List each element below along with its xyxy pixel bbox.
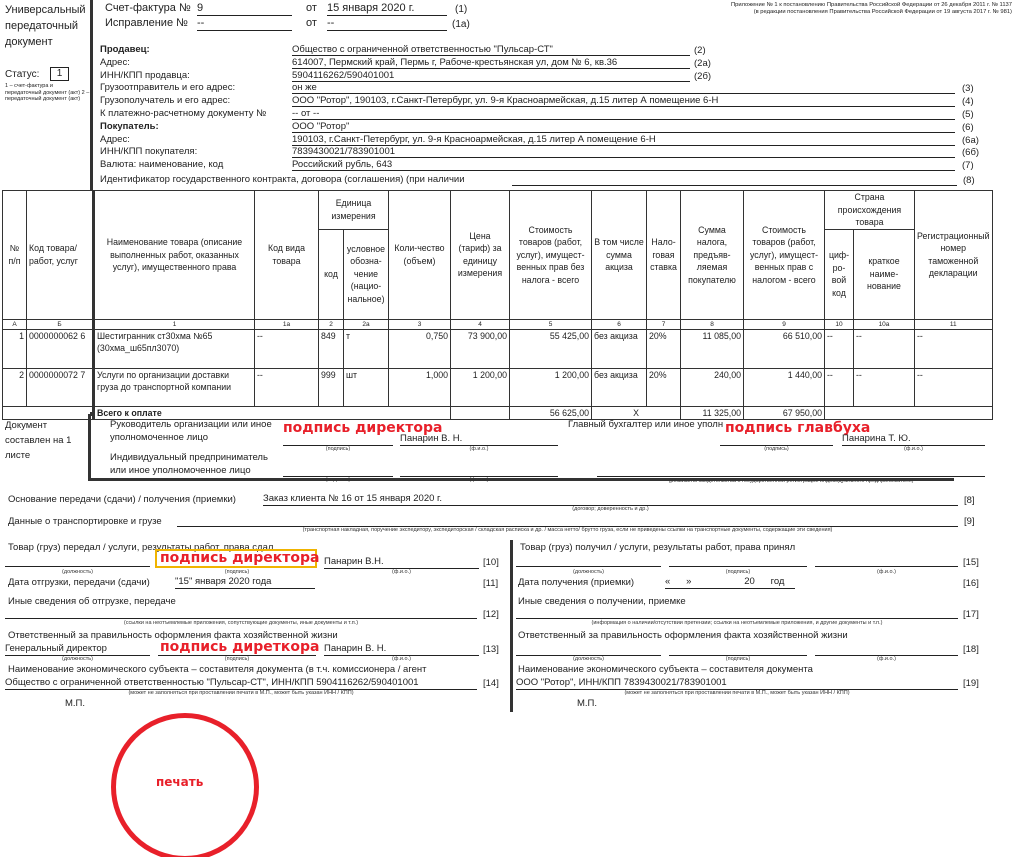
contract-id-label: Идентификатор государственного контракта… <box>100 174 465 185</box>
head-fio-caption: (ф.и.о.) <box>400 446 558 452</box>
receive-other-field <box>516 608 958 619</box>
sides-divider <box>510 540 513 712</box>
seller-entity-label: Наименование экономического субъекта – с… <box>8 664 508 675</box>
received-label: Товар (груз) получил / услуги, результат… <box>520 542 795 553</box>
th-code: Код товара/ работ, услуг <box>27 191 94 320</box>
table-body: 10000000062 6Шестигранник ст30хма №65 (3… <box>3 329 993 406</box>
ip-label: Индивидуальный предприниматель или иное … <box>110 451 280 477</box>
accountant-fio-caption: (ф.и.о.) <box>842 446 985 452</box>
invoice-code: (1) <box>455 4 467 15</box>
party-value: ООО "Ротор", 190103, г.Санкт-Петербург, … <box>292 95 955 107</box>
party-label: Адрес: <box>100 134 130 145</box>
cell-no: 1 <box>3 329 27 368</box>
party-value: 7839430021/783901001 <box>292 146 955 158</box>
head-name: Панарин В. Н. <box>400 433 558 446</box>
appendix-note: Приложение № 1 к постановлению Правитель… <box>630 2 1012 16</box>
cell-kind: -- <box>255 368 319 406</box>
party-value: он же <box>292 82 955 94</box>
cell-price: 1 200,00 <box>451 368 510 406</box>
cell-excise: без акциза <box>592 368 647 406</box>
total-empty-price <box>451 406 510 420</box>
received-name-line <box>815 556 958 567</box>
cell-name: Шестигранник ст30хма №65 (30хма_ш65пл307… <box>94 329 255 368</box>
party-code: (6б) <box>962 147 979 158</box>
buyer-resp-label: Ответственный за правильность оформления… <box>518 630 848 641</box>
column-number: 6 <box>592 319 647 329</box>
cell-cost-no-tax: 1 200,00 <box>510 368 592 406</box>
cell-cost-with-tax: 1 440,00 <box>744 368 825 406</box>
column-number: 10 <box>825 319 854 329</box>
th-unit: Единица измерения <box>319 191 389 230</box>
correction-code: (1а) <box>452 19 470 30</box>
seller-resp-name: Панарин В. Н. <box>324 643 479 656</box>
party-label: Продавец: <box>100 44 150 55</box>
buyer-resp-code: [18] <box>963 644 979 655</box>
cell-tax: 240,00 <box>681 368 744 406</box>
th-kind: Код вида товара <box>255 191 319 320</box>
ship-date-value: "15" января 2020 года <box>175 576 315 589</box>
passed-fio-caption: (ф.и.о.) <box>324 569 479 575</box>
cell-customs: -- <box>915 368 993 406</box>
ship-date-label: Дата отгрузки, передачи (сдачи) <box>8 577 150 588</box>
th-rate: Нало-говая ставка <box>647 191 681 320</box>
party-label: Грузополучатель и его адрес: <box>100 95 230 106</box>
received-sign-line <box>669 556 807 567</box>
ship-other-caption: (ссылки на неотъемлемые приложения, сопу… <box>5 620 477 626</box>
cell-cost-with-tax: 66 510,00 <box>744 329 825 368</box>
cell-unit-code: 999 <box>319 368 344 406</box>
cell-qty: 1,000 <box>389 368 451 406</box>
appendix-line-1: Приложение № 1 к постановлению Правитель… <box>630 2 1012 9</box>
column-number: 11 <box>915 319 993 329</box>
th-country-code: циф-ро-вой код <box>825 229 854 319</box>
passed-sign-caption: (подпись) <box>158 569 316 575</box>
basis-value: Заказ клиента № 16 от 15 января 2020 г. <box>263 493 958 506</box>
receive-other-code: [17] <box>963 609 979 620</box>
party-value: 614007, Пермский край, Пермь г, Рабоче-к… <box>292 57 690 69</box>
received-fio-caption: (ф.и.о.) <box>815 569 958 575</box>
column-numbers-row: АБ11а22а34567891010а11 <box>3 319 993 329</box>
cell-qty: 0,750 <box>389 329 451 368</box>
party-label: Валюта: наименование, код <box>100 159 223 170</box>
buyer-resp-position-caption: (должность) <box>516 656 661 662</box>
invoice-label: Счет-фактура № <box>105 2 191 14</box>
column-number: 4 <box>451 319 510 329</box>
ip-fio-caption: (ф.и.о.) <box>400 477 558 483</box>
buyer-stamp-place: М.П. <box>577 698 597 709</box>
ship-other-field <box>5 608 477 619</box>
party-value: Российский рубль, 643 <box>292 159 955 171</box>
basis-caption: (договор; доверенность и др.) <box>263 506 958 512</box>
received-position-caption: (должность) <box>516 569 661 575</box>
total-empty-tail <box>825 406 993 420</box>
table-row: 20000000072 7Услуги по организации доста… <box>3 368 993 406</box>
seller-resp-signature: подпись диреткора <box>160 639 319 655</box>
seller-resp-sign-caption: (подпись) <box>158 656 316 662</box>
buyer-entity-caption: (может не заполняться при проставлении п… <box>516 690 958 696</box>
seller-resp-position: Генеральный директор <box>5 643 150 656</box>
seller-entity-code: [14] <box>483 678 499 689</box>
seller-stamp-place: М.П. <box>65 698 85 709</box>
accountant-sign-caption: (подпись) <box>720 446 833 452</box>
column-number: 8 <box>681 319 744 329</box>
stamp-label: печать <box>156 775 203 789</box>
party-value: ООО "Ротор" <box>292 121 955 133</box>
cell-code: 0000000062 6 <box>27 329 94 368</box>
cell-country-code: -- <box>825 368 854 406</box>
th-tax: Сумма налога, предъяв-ляемая покупателю <box>681 191 744 320</box>
th-price: Цена (тариф) за единицу измерения <box>451 191 510 320</box>
cell-name: Услуги по организации доставки груза до … <box>94 368 255 406</box>
receive-other-caption: (информация о наличии/отсутствии претенз… <box>516 620 958 626</box>
seller-resp-fio-caption: (ф.и.о.) <box>324 656 479 662</box>
left-divider <box>90 0 93 190</box>
party-label: ИНН/КПП покупателя: <box>100 146 197 157</box>
party-label: ИНН/КПП продавца: <box>100 70 190 81</box>
column-number: 1 <box>94 319 255 329</box>
buyer-entity-label: Наименование экономического субъекта – с… <box>518 664 813 675</box>
invoice-from-label: от <box>306 2 317 14</box>
status-label: Статус: <box>5 69 39 80</box>
column-number: 7 <box>647 319 681 329</box>
transport-field <box>177 514 958 527</box>
column-number: 2а <box>344 319 389 329</box>
cell-cost-no-tax: 55 425,00 <box>510 329 592 368</box>
correction-label: Исправление № <box>105 17 188 29</box>
document-type-title: Универсальный передаточный документ <box>5 2 90 50</box>
cell-tax: 11 085,00 <box>681 329 744 368</box>
passed-name: Панарин В.Н. <box>324 556 479 569</box>
basis-label: Основание передачи (сдачи) / получения (… <box>8 494 236 505</box>
received-position-line <box>516 556 661 567</box>
ship-other-code: [12] <box>483 609 499 620</box>
passed-position-caption: (должность) <box>5 569 150 575</box>
th-unit-name: условное обозна-чение (нацио-нальное) <box>344 229 389 319</box>
th-country-name: краткое наиме-нование <box>854 229 915 319</box>
party-value: 5904116262/590401001 <box>292 70 690 82</box>
party-code: (7) <box>962 160 974 171</box>
column-number: 5 <box>510 319 592 329</box>
th-cost-no-tax: Стоимость товаров (работ, услуг), имущес… <box>510 191 592 320</box>
contract-id-code: (8) <box>963 175 975 186</box>
th-no: № п/п <box>3 191 27 320</box>
pages-note: Документ составлен на 1 листе <box>5 418 85 463</box>
party-code: (5) <box>962 109 974 120</box>
column-number: 2 <box>319 319 344 329</box>
correction-date: -- <box>327 17 447 31</box>
head-sign-caption: (подпись) <box>283 446 393 452</box>
ship-other-label: Иные сведения об отгрузке, передаче <box>8 596 176 607</box>
column-number: Б <box>27 319 94 329</box>
cell-country-code: -- <box>825 329 854 368</box>
cell-country-name: -- <box>854 329 915 368</box>
th-excise: В том числе сумма акциза <box>592 191 647 320</box>
th-unit-code: код <box>319 229 344 319</box>
th-name: Наименование товара (описание выполненны… <box>94 191 255 320</box>
basis-code: [8] <box>964 495 975 506</box>
correction-from-label: от <box>306 17 317 29</box>
total-cost-with-tax: 67 950,00 <box>744 406 825 420</box>
invoice-number: 9 <box>197 2 292 16</box>
cell-kind: -- <box>255 329 319 368</box>
seller-entity-value: Общество с ограниченной ответственностью… <box>5 677 477 690</box>
appendix-line-2: (в редакции постановления Правительства … <box>630 9 1012 16</box>
ip-requisites-caption: (реквизиты свидетельства о государственн… <box>597 478 985 484</box>
transport-code: [9] <box>964 516 975 527</box>
transport-caption: (транспортная накладная, поручение экспе… <box>177 527 958 533</box>
buyer-entity-code: [19] <box>963 678 979 689</box>
accountant-name: Панарина Т. Ю. <box>842 433 985 446</box>
cell-rate: 20% <box>647 368 681 406</box>
correction-number: -- <box>197 17 292 31</box>
goods-table: № п/п Код товара/ работ, услуг Наименова… <box>2 190 993 420</box>
cell-unit-name: шт <box>344 368 389 406</box>
party-label: Покупатель: <box>100 121 159 132</box>
cell-price: 73 900,00 <box>451 329 510 368</box>
contract-id-field <box>512 174 957 186</box>
ip-sign-line <box>283 466 393 477</box>
ip-requisites-line <box>597 466 985 477</box>
column-number: 9 <box>744 319 825 329</box>
party-code: (2б) <box>694 71 711 82</box>
party-code: (4) <box>962 96 974 107</box>
column-number: А <box>3 319 27 329</box>
seller-resp-position-caption: (должность) <box>5 656 150 662</box>
seller-resp-code: [13] <box>483 644 499 655</box>
passed-position-line <box>5 556 150 567</box>
buyer-resp-name-line <box>815 643 958 656</box>
party-code: (2) <box>694 45 706 56</box>
th-customs: Регистрационный номер таможенной деклара… <box>915 191 993 320</box>
th-qty: Коли-чество (объем) <box>389 191 451 320</box>
column-number: 3 <box>389 319 451 329</box>
cell-unit-code: 849 <box>319 329 344 368</box>
party-code: (6а) <box>962 135 979 146</box>
receive-other-label: Иные сведения о получении, приемке <box>518 596 686 607</box>
cell-unit-name: т <box>344 329 389 368</box>
cell-no: 2 <box>3 368 27 406</box>
sig-left-border <box>88 414 91 480</box>
column-number: 1а <box>255 319 319 329</box>
party-value: 190103, г.Санкт-Петербург, ул. 9-я Красн… <box>292 134 955 146</box>
party-code: (2а) <box>694 58 711 69</box>
ip-name-line <box>400 466 558 477</box>
invoice-date: 15 января 2020 г. <box>327 2 447 16</box>
cell-code: 0000000072 7 <box>27 368 94 406</box>
received-sign-caption: (подпись) <box>669 569 807 575</box>
receive-date-value: « » 20 год <box>665 576 795 589</box>
ship-date-code: [11] <box>483 578 498 589</box>
party-value: Общество с ограниченной ответственностью… <box>292 44 690 56</box>
status-value: 1 <box>50 67 69 81</box>
receive-date-label: Дата получения (приемки) <box>518 577 634 588</box>
cell-rate: 20% <box>647 329 681 368</box>
table-row: 10000000062 6Шестигранник ст30хма №65 (3… <box>3 329 993 368</box>
ip-sign-caption: (подпись) <box>283 477 393 483</box>
column-number: 10а <box>854 319 915 329</box>
party-label: Грузоотправитель и его адрес: <box>100 82 235 93</box>
buyer-resp-fio-caption: (ф.и.о.) <box>815 656 958 662</box>
cell-customs: -- <box>915 329 993 368</box>
passed-signature: подпись директора <box>160 550 319 566</box>
th-country: Страна происхождения товара <box>825 191 915 230</box>
th-cost-with-tax: Стоимость товаров (работ, услуг), имущес… <box>744 191 825 320</box>
status-note: 1 – счет-фактура и передаточный документ… <box>5 83 90 103</box>
accountant-label: Главный бухгалтер или иное уполномоченно… <box>568 418 723 431</box>
receive-date-code: [16] <box>963 578 979 589</box>
buyer-resp-position-line <box>516 643 661 656</box>
seller-entity-caption: (может не заполняться при проставлении п… <box>5 690 477 696</box>
buyer-resp-sign-caption: (подпись) <box>669 656 807 662</box>
cell-excise: без акциза <box>592 329 647 368</box>
head-label: Руководитель организации или иное уполно… <box>110 418 275 444</box>
buyer-entity-value: ООО "Ротор", ИНН/КПП 7839430021/78390100… <box>516 677 958 690</box>
party-label: Адрес: <box>100 57 130 68</box>
party-label: К платежно-расчетному документу № <box>100 108 266 119</box>
cell-country-name: -- <box>854 368 915 406</box>
party-code: (6) <box>962 122 974 133</box>
passed-code: [10] <box>483 557 499 568</box>
party-code: (3) <box>962 83 974 94</box>
party-value: -- от -- <box>292 108 955 120</box>
buyer-resp-sign-line <box>669 643 807 656</box>
transport-label: Данные о транспортировке и грузе <box>8 516 178 527</box>
received-code: [15] <box>963 557 979 568</box>
